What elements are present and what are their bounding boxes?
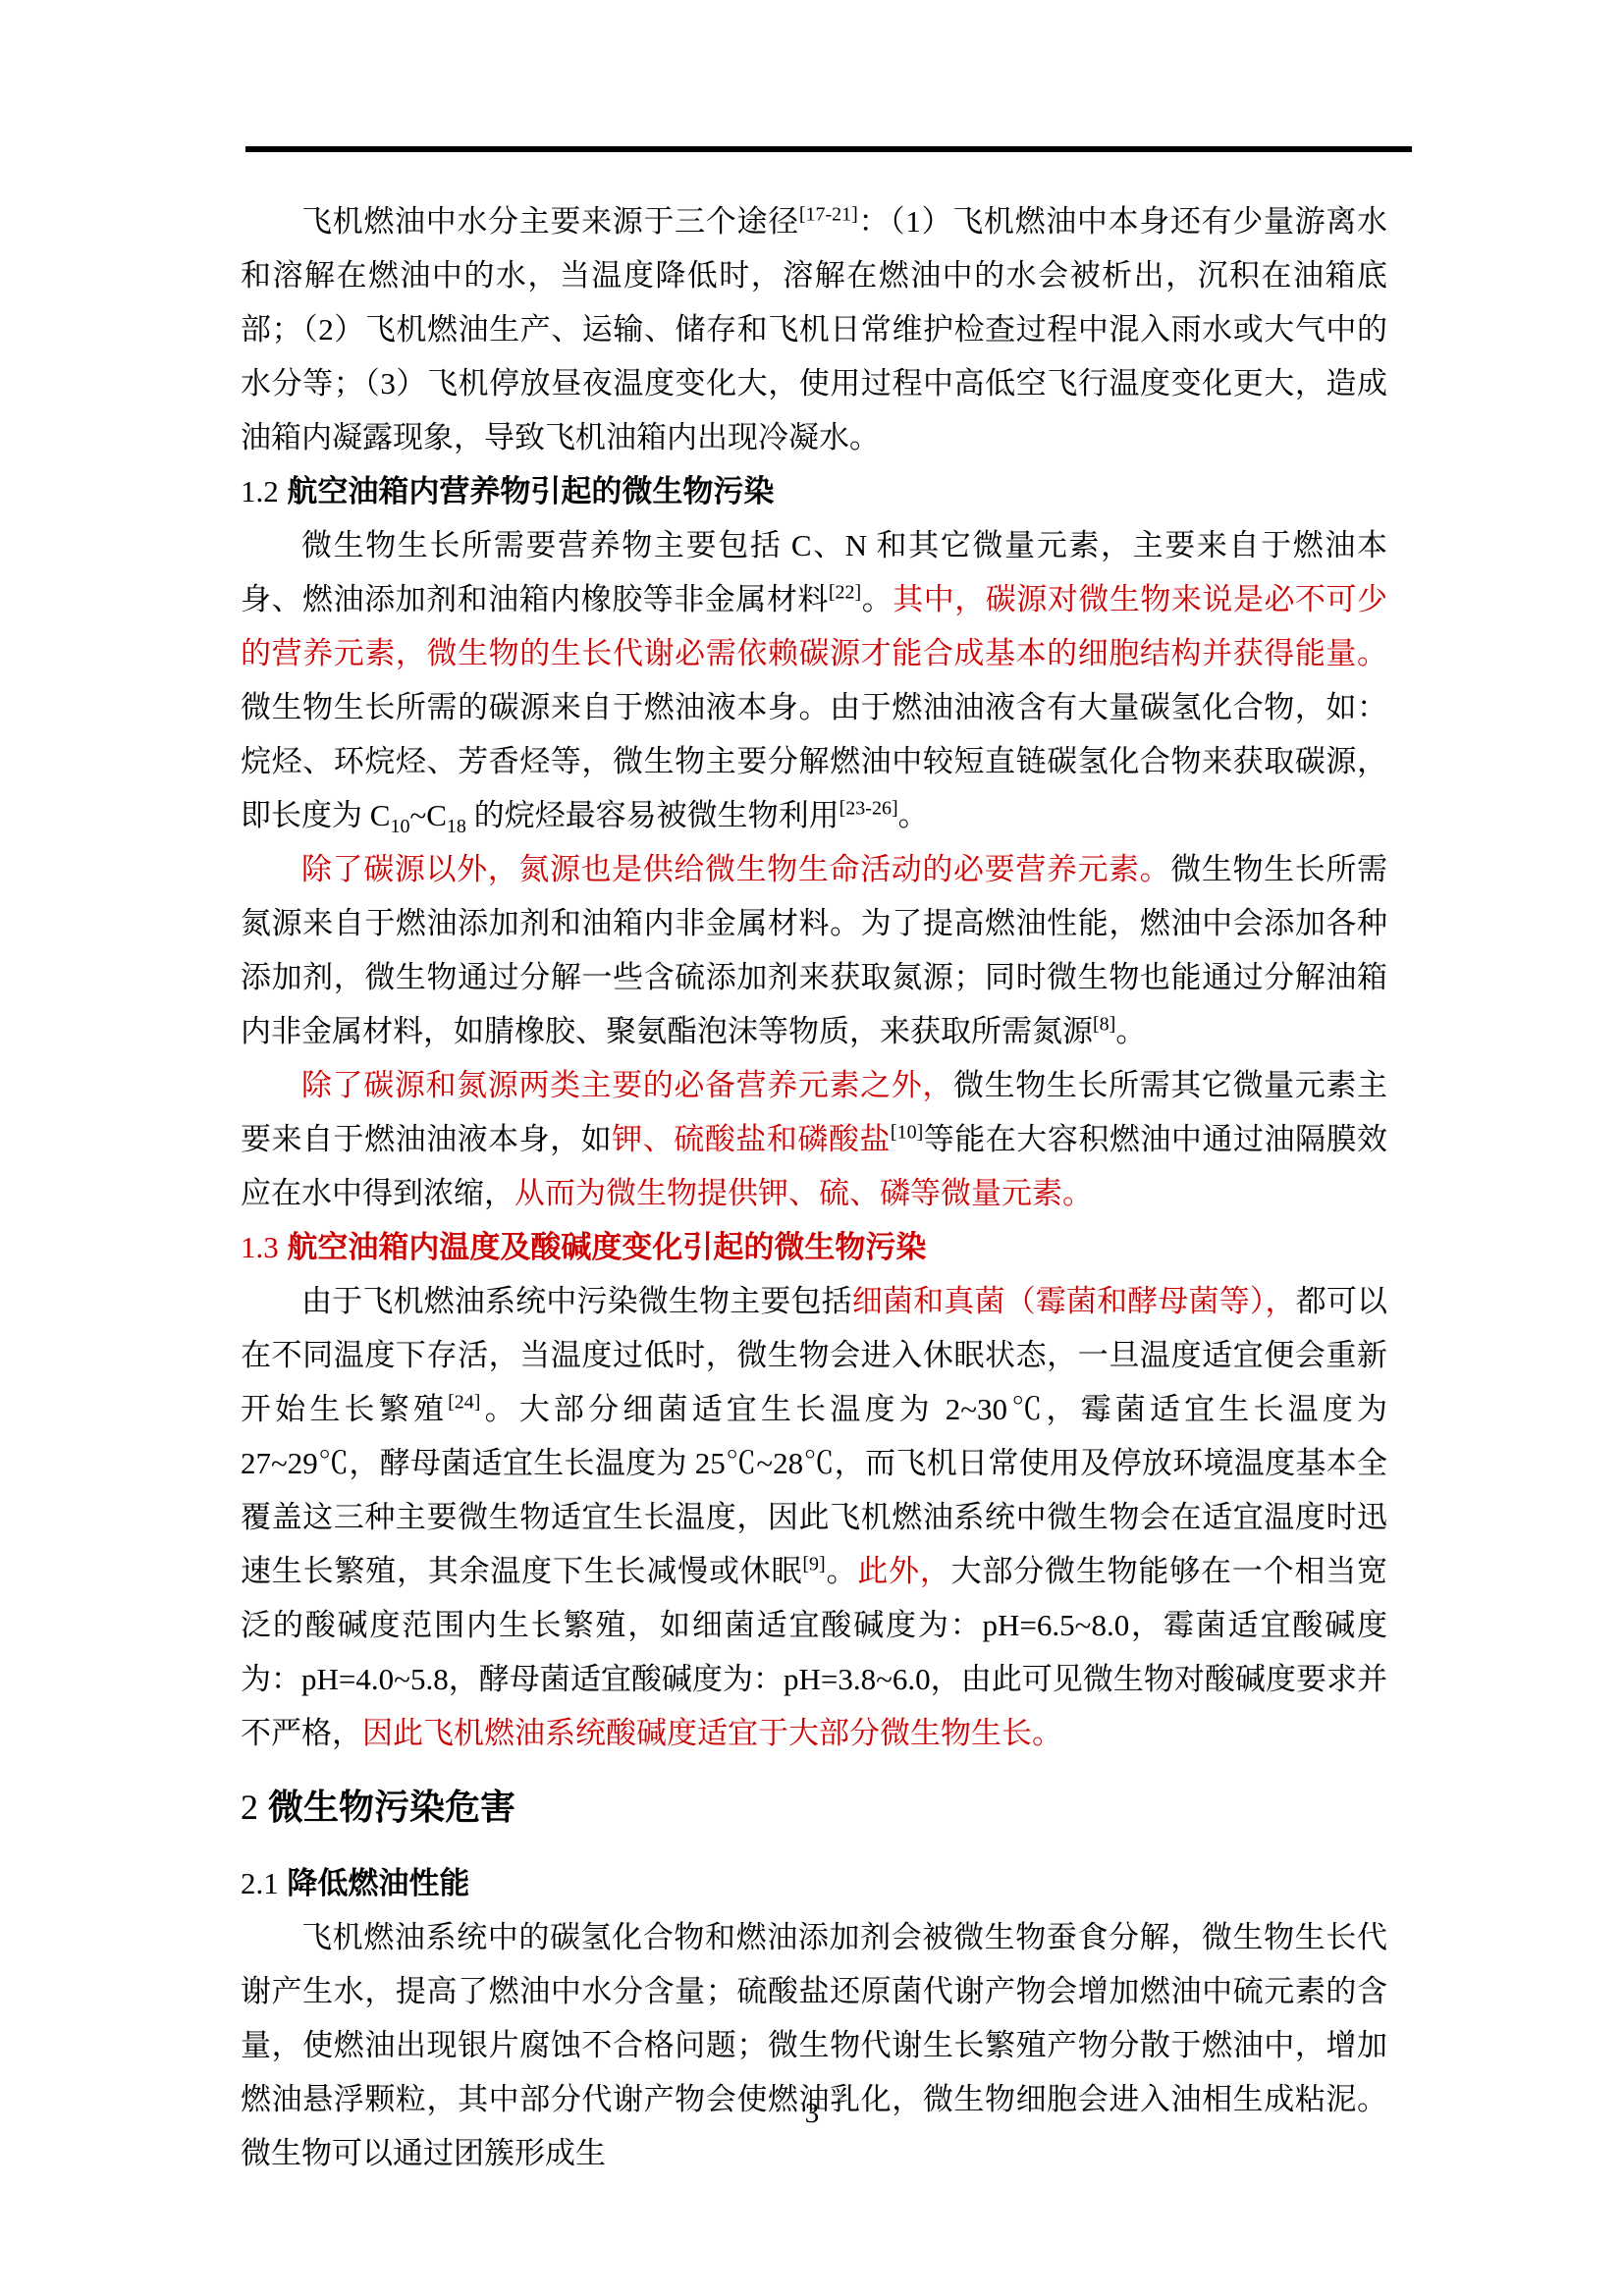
heading-2-1-fuel-performance: 2.1 降低燃油性能 bbox=[241, 1856, 1387, 1910]
citation-superscript: [23-26] bbox=[839, 798, 898, 820]
text-run: 航空油箱内营养物引起的微生物污染 bbox=[279, 474, 775, 508]
document-body: 飞机燃油中水分主要来源于三个途径[17-21]：（1）飞机燃油中本身还有少量游离… bbox=[241, 194, 1387, 2180]
paragraph-temperature-ph: 由于飞机燃油系统中污染微生物主要包括细菌和真菌（霉菌和酵母菌等），都可以在不同温… bbox=[241, 1274, 1387, 1760]
text-run: 。 bbox=[1115, 1014, 1146, 1048]
citation-superscript: [10] bbox=[891, 1122, 923, 1144]
header-rule bbox=[245, 146, 1412, 152]
citation-superscript: [24] bbox=[448, 1392, 480, 1414]
text-run: 除了碳源以外，氮源也是供给微生物生命活动的必要营养元素。 bbox=[301, 852, 1170, 886]
text-run: 。 bbox=[898, 798, 929, 832]
heading-1-3-temperature-ph: 1.3 航空油箱内温度及酸碱度变化引起的微生物污染 bbox=[241, 1220, 1387, 1274]
citation-superscript: [17-21] bbox=[799, 204, 858, 226]
chemical-subscript: 18 bbox=[447, 816, 466, 837]
paragraph-trace-elements: 除了碳源和氮源两类主要的必备营养元素之外，微生物生长所需其它微量元素主要来自于燃… bbox=[241, 1058, 1387, 1220]
text-run: 由于飞机燃油系统中污染微生物主要包括 bbox=[301, 1284, 852, 1318]
heading-number: 1.3 bbox=[241, 1230, 279, 1264]
text-run: 。 bbox=[861, 582, 893, 616]
paragraph-fuel-degradation: 飞机燃油系统中的碳氢化合物和燃油添加剂会被微生物蚕食分解，微生物生长代谢产生水，… bbox=[241, 1910, 1387, 2180]
document-page: 飞机燃油中水分主要来源于三个途径[17-21]：（1）飞机燃油中本身还有少量游离… bbox=[0, 0, 1624, 2296]
citation-superscript: [8] bbox=[1093, 1014, 1115, 1036]
text-run: 从而为微生物提供钾、硫、磷等微量元素。 bbox=[514, 1176, 1093, 1210]
text-run: 因此飞机燃油系统酸碱度适宜于大部分微生物生长。 bbox=[362, 1716, 1062, 1750]
heading-number: 2.1 bbox=[241, 1866, 279, 1900]
paragraph-nitrogen-source: 除了碳源以外，氮源也是供给微生物生命活动的必要营养元素。微生物生长所需氮源来自于… bbox=[241, 842, 1387, 1058]
text-run: 微生物污染危害 bbox=[258, 1787, 515, 1827]
text-run: ~C bbox=[409, 798, 446, 832]
text-run: 钾、硫酸盐和磷酸盐 bbox=[612, 1122, 891, 1156]
text-run: 的烷烃最容易被微生物利用 bbox=[466, 798, 839, 832]
text-run: ：（1）飞机燃油中本身还有少量游离水和溶解在燃油中的水，当温度降低时，溶解在燃油… bbox=[241, 204, 1387, 454]
text-run: 航空油箱内温度及酸碱度变化引起的微生物污染 bbox=[279, 1230, 927, 1264]
heading-number: 2 bbox=[241, 1788, 258, 1827]
text-run: 降低燃油性能 bbox=[279, 1866, 470, 1900]
paragraph-carbon-source: 微生物生长所需要营养物主要包括 C、N 和其它微量元素，主要来自于燃油本身、燃油… bbox=[241, 518, 1387, 842]
text-run: 此外， bbox=[857, 1554, 950, 1588]
text-run: 飞机燃油中水分主要来源于三个途径 bbox=[301, 204, 799, 239]
chemical-subscript: 10 bbox=[390, 816, 409, 837]
text-run: 除了碳源和氮源两类主要的必备营养元素之外， bbox=[301, 1068, 953, 1102]
heading-1-2-nutrients: 1.2 航空油箱内营养物引起的微生物污染 bbox=[241, 464, 1387, 518]
citation-superscript: [22] bbox=[829, 582, 861, 604]
heading-2-contamination-hazards: 2 微生物污染危害 bbox=[241, 1780, 1387, 1835]
text-run: 细菌和真菌（霉菌和酵母菌等）， bbox=[852, 1284, 1296, 1318]
citation-superscript: [9] bbox=[802, 1554, 825, 1575]
heading-number: 1.2 bbox=[241, 474, 279, 508]
page-number: 3 bbox=[0, 2094, 1624, 2133]
text-run: 。 bbox=[826, 1554, 858, 1588]
paragraph-water-sources: 飞机燃油中水分主要来源于三个途径[17-21]：（1）飞机燃油中本身还有少量游离… bbox=[241, 194, 1387, 464]
